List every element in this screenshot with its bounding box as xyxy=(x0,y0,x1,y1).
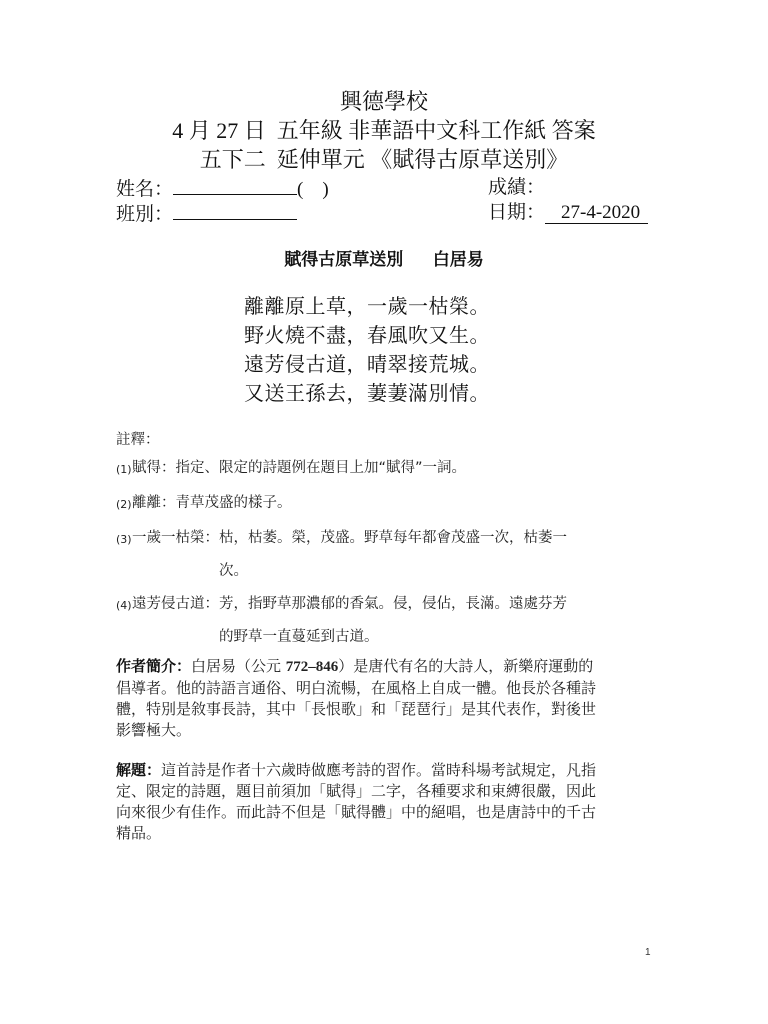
note-definition: 芳，指野草那濃郁的香氣。侵，侵佔，長滿。遠處芬芳 的野草一直蔓延到古道。 xyxy=(219,594,649,647)
poem-title: 賦得古原草送別 xyxy=(284,250,403,270)
class-field-row: 班別： xyxy=(116,201,297,227)
note-item: (2) 離離： 青草茂盛的樣子。 xyxy=(116,493,649,515)
class-blank[interactable] xyxy=(173,201,297,220)
note-definition: 青草茂盛的樣子。 xyxy=(176,493,606,515)
author-years: 772–846 xyxy=(286,659,339,675)
name-field-row: 姓名：( ) xyxy=(116,176,329,202)
class-number-paren: ( ) xyxy=(297,179,329,200)
poem-heading: 賦得古原草送別 白居易 xyxy=(0,248,768,272)
unit-name: 五下二 xyxy=(200,147,266,172)
date-value: 27-4-2020 xyxy=(545,203,648,224)
note-number: (4) xyxy=(116,594,132,647)
score-label: 成績： xyxy=(488,177,545,198)
page-number: 1 xyxy=(645,947,651,958)
note-number: (2) xyxy=(116,493,132,515)
poem-author: 白居易 xyxy=(433,250,484,270)
explanation: 解題：這首詩是作者十六歲時做應考詩的習作。當時科場考試規定，凡指 定、限定的詩題… xyxy=(116,760,716,844)
author-intro-label: 作者簡介： xyxy=(116,657,191,675)
note-definition: 枯，枯萎。榮，茂盛。野草每年都會茂盛一次，枯萎一 次。 xyxy=(219,528,649,581)
poem-line: 野火燒不盡，春風吹又生。 xyxy=(244,321,490,350)
date-field-row: 日期：27-4-2020 xyxy=(488,201,648,225)
note-term: 賦得： xyxy=(132,458,176,480)
poem-body: 離離原上草，一歲一枯榮。 野火燒不盡，春風吹又生。 遠芳侵古道，晴翠接荒城。 又… xyxy=(244,292,490,408)
lesson-title: 《賦得古原草送別》 xyxy=(370,147,568,172)
note-definition: 指定、限定的詩題例在題目上加“賦得”一詞。 xyxy=(176,458,606,480)
notes-heading: 註釋： xyxy=(116,430,649,450)
unit-line: 五下二 延伸單元 《賦得古原草送別》 xyxy=(0,146,768,174)
notes-section: 註釋： (1) 賦得： 指定、限定的詩題例在題目上加“賦得”一詞。 (2) 離離… xyxy=(116,430,649,660)
note-term: 離離： xyxy=(132,493,176,515)
poem-line: 離離原上草，一歲一枯榮。 xyxy=(244,292,490,321)
explanation-label: 解題： xyxy=(116,761,161,779)
name-blank[interactable] xyxy=(173,176,297,195)
note-term: 一歲一枯榮： xyxy=(132,528,219,581)
note-number: (3) xyxy=(116,528,132,581)
worksheet-title: 非華語中文科工作紙 答案 xyxy=(348,118,596,143)
worksheet-page: 興德學校 4 月 27 日 五年級 非華語中文科工作紙 答案 五下二 延伸單元 … xyxy=(0,0,768,1024)
note-item: (4) 遠芳侵古道： 芳，指野草那濃郁的香氣。侵，侵佔，長滿。遠處芬芳 的野草一… xyxy=(116,594,649,647)
worksheet-subtitle: 4 月 27 日 五年級 非華語中文科工作紙 答案 xyxy=(0,117,768,145)
poem-line: 遠芳侵古道，晴翠接荒城。 xyxy=(244,350,490,379)
unit-extension: 延伸單元 xyxy=(277,147,365,172)
worksheet-grade: 五年級 xyxy=(277,118,343,143)
note-item: (3) 一歲一枯榮： 枯，枯萎。榮，茂盛。野草每年都會茂盛一次，枯萎一 次。 xyxy=(116,528,649,581)
author-intro: 作者簡介：白居易（公元 772–846）是唐代有名的大詩人，新樂府運動的 倡導者… xyxy=(116,656,716,741)
note-number: (1) xyxy=(116,458,132,480)
class-label: 班別： xyxy=(116,204,173,225)
worksheet-date: 4 月 27 日 xyxy=(172,118,266,143)
note-term: 遠芳侵古道： xyxy=(132,594,219,647)
note-item: (1) 賦得： 指定、限定的詩題例在題目上加“賦得”一詞。 xyxy=(116,458,649,480)
date-label: 日期： xyxy=(488,202,545,223)
school-name: 興德學校 xyxy=(0,88,768,116)
score-field-row: 成績： xyxy=(488,176,545,200)
poem-line: 又送王孫去，萋萋滿別情。 xyxy=(244,379,490,408)
name-label: 姓名： xyxy=(116,179,173,200)
